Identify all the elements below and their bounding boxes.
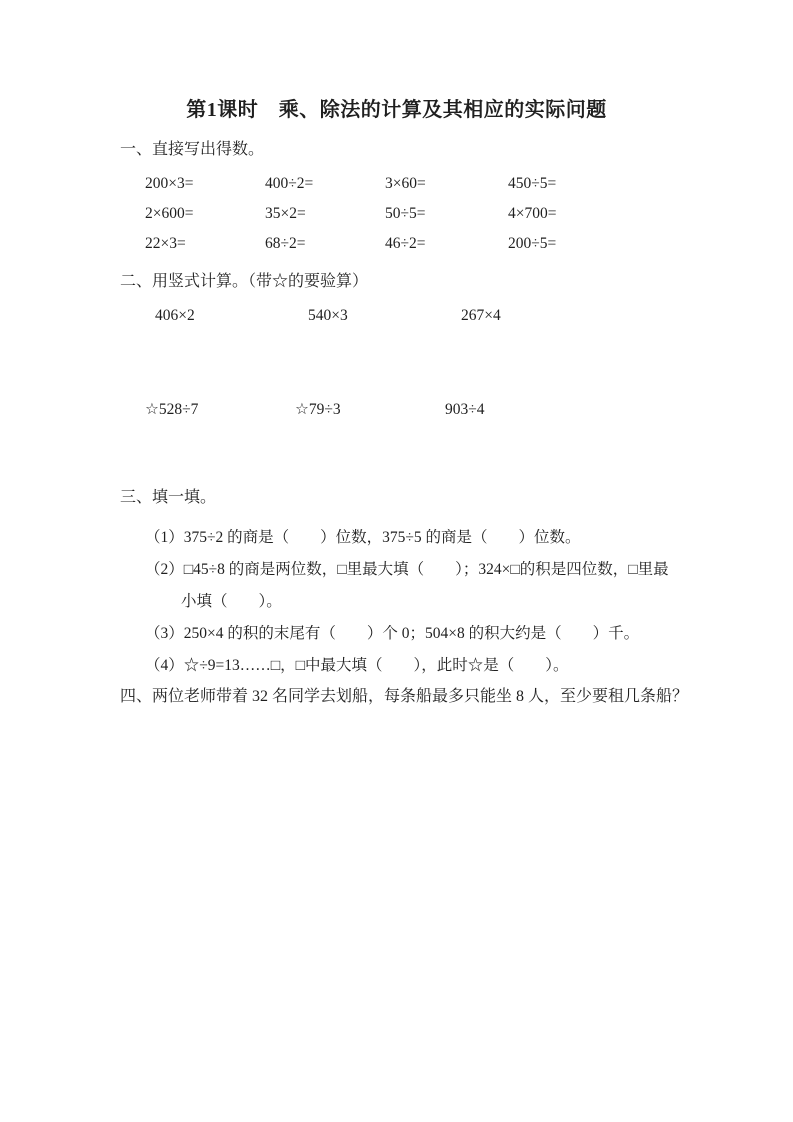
calc-expression: 2×600= — [145, 204, 265, 234]
fill-item-4: （4）☆÷9=13……□，□中最大填（ ），此时☆是（ ）。 — [145, 650, 793, 682]
fill-item-2-line-1: （2）□45÷8 的商是两位数，□里最大填（ ）；324×□的积是四位数，□里最 — [145, 554, 793, 586]
vertical-calc-row-starred: ☆528÷7 ☆79÷3 903÷4 — [145, 400, 793, 420]
calc-expression: 3×60= — [385, 174, 508, 204]
calc-expression: 200×3= — [145, 174, 265, 204]
calc-expression: 50÷5= — [385, 204, 508, 234]
section-four-word-problem: 四、两位老师带着 32 名同学去划船，每条船最多只能坐 8 人，至少要租几条船？ — [120, 686, 793, 708]
vertical-calc-expression: 903÷4 — [445, 400, 595, 420]
calc-expression: 68÷2= — [265, 234, 385, 264]
fill-in-blanks-list: （1）375÷2 的商是（ ）位数，375÷5 的商是（ ）位数。 （2）□45… — [145, 522, 793, 682]
calc-expression: 200÷5= — [508, 234, 628, 264]
worksheet-page: 第1课时 乘、除法的计算及其相应的实际问题 一、直接写出得数。 200×3= 4… — [0, 0, 793, 1122]
fill-item-3: （3）250×4 的积的末尾有（ ）个 0；504×8 的积大约是（ ）千。 — [145, 618, 793, 650]
direct-calc-row-1: 200×3= 400÷2= 3×60= 450÷5= — [145, 174, 793, 204]
vertical-calc-expression: 267×4 — [461, 306, 614, 326]
vertical-calc-row-plain: 406×2 540×3 267×4 — [155, 306, 793, 326]
fill-item-2-line-2: 小填（ ）。 — [145, 586, 793, 618]
section-one-heading: 一、直接写出得数。 — [120, 140, 793, 160]
section-two-heading: 二、用竖式计算。（带☆的要验算） — [120, 272, 793, 292]
calc-expression: 450÷5= — [508, 174, 628, 204]
fill-item-1: （1）375÷2 的商是（ ）位数，375÷5 的商是（ ）位数。 — [145, 522, 793, 554]
calc-expression: 22×3= — [145, 234, 265, 264]
vertical-calc-expression-starred: ☆528÷7 — [145, 400, 295, 420]
calc-expression: 35×2= — [265, 204, 385, 234]
vertical-calc-expression: 540×3 — [308, 306, 461, 326]
calc-expression: 400÷2= — [265, 174, 385, 204]
direct-calc-row-3: 22×3= 68÷2= 46÷2= 200÷5= — [145, 234, 793, 264]
calc-expression: 4×700= — [508, 204, 628, 234]
section-three-heading: 三、填一填。 — [120, 488, 793, 508]
vertical-calc-expression-starred: ☆79÷3 — [295, 400, 445, 420]
vertical-calc-expression: 406×2 — [155, 306, 308, 326]
direct-calc-row-2: 2×600= 35×2= 50÷5= 4×700= — [145, 204, 793, 234]
calc-expression: 46÷2= — [385, 234, 508, 264]
direct-calc-table: 200×3= 400÷2= 3×60= 450÷5= 2×600= 35×2= … — [145, 174, 793, 264]
worksheet-title: 第1课时 乘、除法的计算及其相应的实际问题 — [0, 0, 793, 123]
fill-item-2: （2）□45÷8 的商是两位数，□里最大填（ ）；324×□的积是四位数，□里最… — [145, 554, 793, 618]
